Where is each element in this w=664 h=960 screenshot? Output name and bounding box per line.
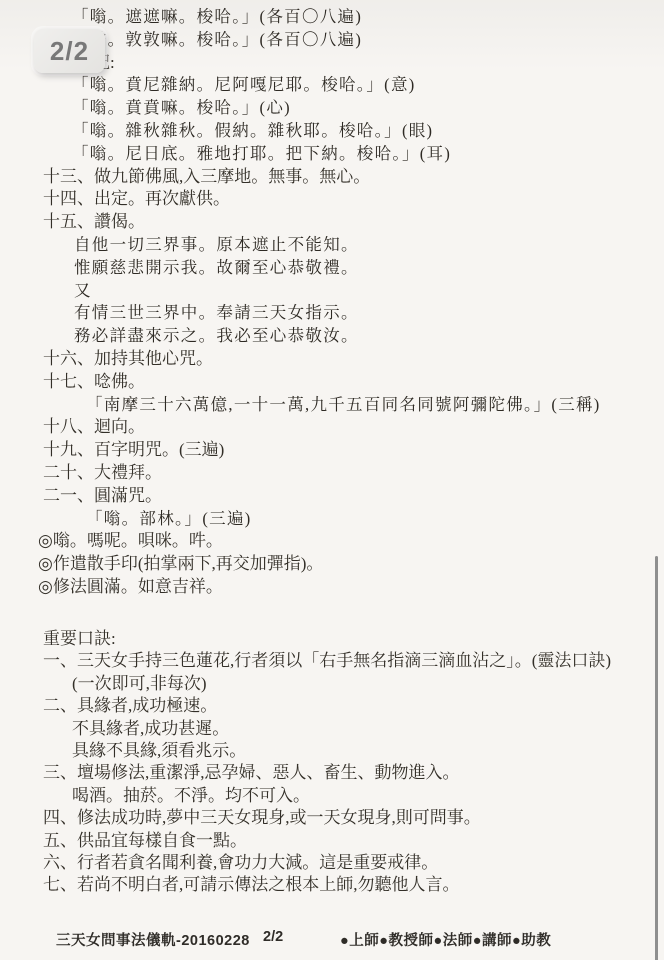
sub-tip-line: 喝酒。抽菸。不淨。均不可入。: [0, 785, 664, 807]
mantra-line: 「嗡。雜秋雜秋。假納。雜秋耶。梭哈。」(眼): [0, 120, 664, 143]
verse-line: 又: [0, 280, 664, 303]
numbered-tip: 三、壇場修法,重潔淨,忌孕婦、惡人、畜生、動物進入。: [0, 762, 664, 784]
mantra-line: 「嗡。尼日底。雅地打耶。把下納。梭哈。」(耳): [0, 143, 664, 166]
numbered-tip: 一、三天女手持三色蓮花,行者須以「右手無名指滴三滴血沾之」。(靈法口訣): [0, 650, 664, 672]
footer-page-number: 2/2: [263, 929, 283, 945]
page-indicator-badge: 2/2: [34, 29, 105, 73]
numbered-step: 十五、讚偈。: [0, 211, 664, 234]
numbered-step: 二一、圓滿咒。: [0, 485, 664, 508]
numbered-step: 十九、百字明咒。(三遍): [0, 439, 664, 462]
mantra-line: 「嗡。賁賁嘛。梭哈。」(心): [0, 97, 664, 120]
sub-tip-line: (一次即可,非每次): [0, 673, 664, 695]
ritual-steps-section: 「嗡。遮遮嘛。梭哈。」(各百〇八遍) 「嗡。敦敦嘛。梭哈。」(各百〇八遍) 記:…: [0, 6, 664, 599]
footer-doc-title: 三天女問事法儀軌-20160228: [56, 929, 250, 950]
sub-tip-line: 具緣不具緣,須看兆示。: [0, 740, 664, 762]
numbered-step: 十三、做九節佛風,入三摩地。無事。無心。: [0, 166, 664, 189]
footer-roles: ●上師●教授師●法師●講師●助教: [340, 929, 551, 950]
numbered-step: 十六、加持其他心咒。: [0, 348, 664, 371]
mantra-line: 「嗡。部林。」(三遍): [0, 508, 664, 531]
numbered-tip: 四、修法成功時,夢中三天女現身,或一天女現身,則可問事。: [0, 807, 664, 829]
page-footer: 三天女問事法儀軌-20160228 2/2 ●上師●教授師●法師●講師●助教: [0, 929, 664, 951]
document-page: 2/2 「嗡。遮遮嘛。梭哈。」(各百〇八遍) 「嗡。敦敦嘛。梭哈。」(各百〇八遍…: [0, 0, 664, 960]
mantra-line: 「南摩三十六萬億,一十一萬,九千五百同名同號阿彌陀佛。」(三稱): [0, 394, 664, 417]
numbered-step: 二十、大禮拜。: [0, 462, 664, 485]
numbered-tip: 二、具緣者,成功極速。: [0, 695, 664, 717]
numbered-step: 十四、出定。再次獻供。: [0, 188, 664, 211]
page-indicator-label: 2/2: [50, 36, 89, 67]
section-heading: 重要口訣:: [0, 628, 664, 650]
sub-tip-line: 不具緣者,成功甚遲。: [0, 718, 664, 740]
verse-line: 自他一切三界事。原本遮止不能知。: [0, 234, 664, 257]
numbered-tip: 五、供品宜每樣自食一點。: [0, 830, 664, 852]
scrollbar-thumb[interactable]: [655, 556, 658, 960]
verse-line: 務必詳盡來示之。我必至心恭敬汝。: [0, 325, 664, 348]
verse-line: 惟願慈悲開示我。故爾至心恭敬禮。: [0, 257, 664, 280]
numbered-step: 十七、唸佛。: [0, 371, 664, 394]
mantra-line: 「嗡。遮遮嘛。梭哈。」(各百〇八遍): [0, 6, 664, 29]
numbered-tip: 六、行者若貪名聞利養,會功力大減。這是重要戒律。: [0, 852, 664, 874]
key-instructions-section: 重要口訣: 一、三天女手持三色蓮花,行者須以「右手無名指滴三滴血沾之」。(靈法口…: [0, 628, 664, 897]
verse-line: 有情三世三界中。奉請三天女指示。: [0, 302, 664, 325]
note-line: ◎嗡。嗎呢。唄咪。吽。: [0, 530, 664, 553]
note-line: ◎作遣散手印(拍掌兩下,再交加彈指)。: [0, 553, 664, 576]
numbered-step: 十八、迴向。: [0, 416, 664, 439]
note-line: ◎修法圓滿。如意吉祥。: [0, 576, 664, 599]
numbered-tip: 七、若尚不明白者,可請示傳法之根本上師,勿聽他人言。: [0, 874, 664, 896]
mantra-line: 「嗡。賁尼雜納。尼阿嘎尼耶。梭哈。」(意): [0, 74, 664, 97]
